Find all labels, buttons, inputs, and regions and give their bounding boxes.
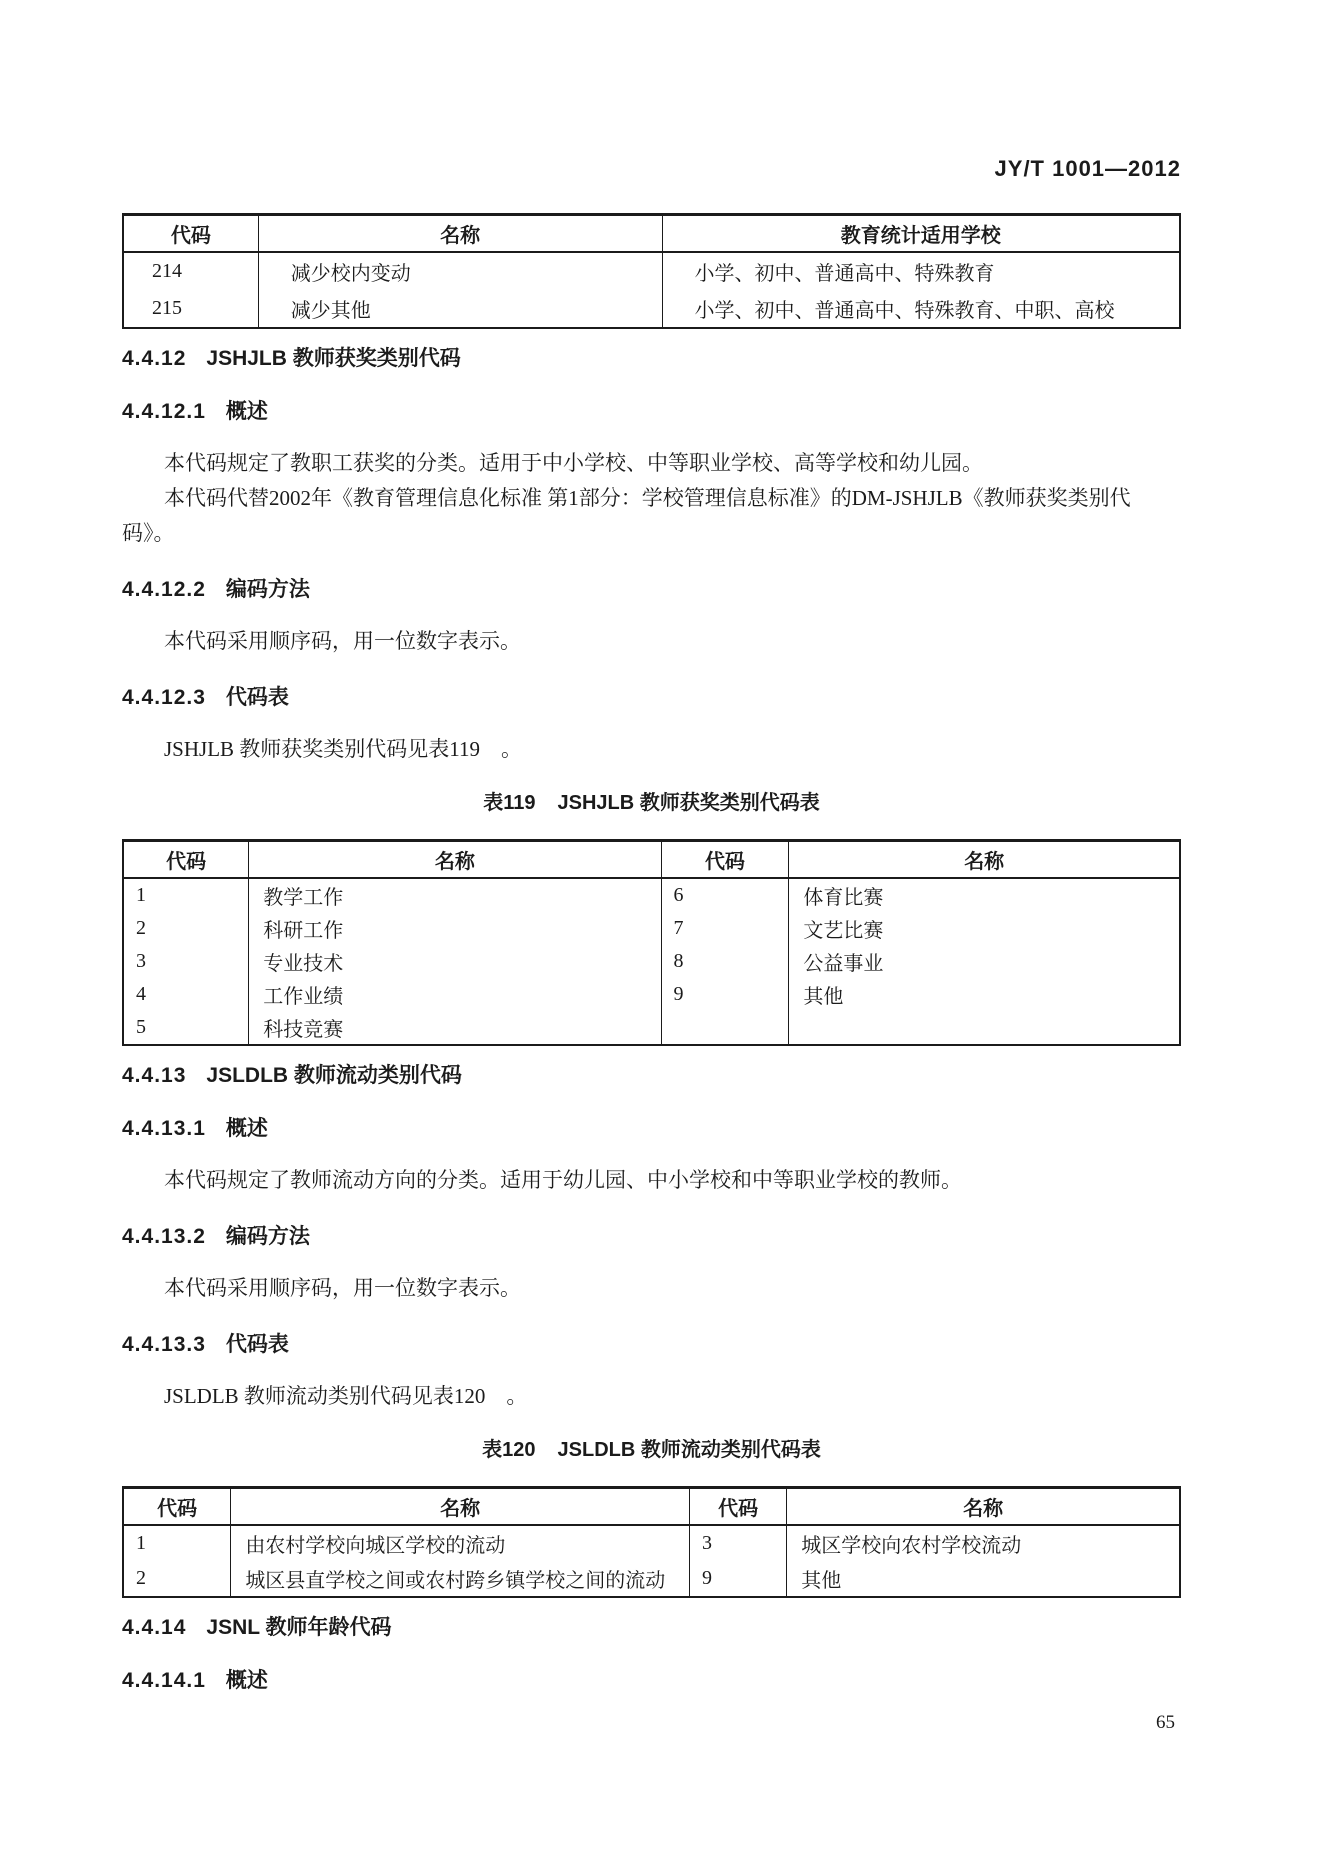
body-paragraph: 本代码采用顺序码，用一位数字表示。	[122, 624, 1181, 659]
code-cell: 9	[661, 978, 789, 1011]
name-cell: 由农村学校向城区学校的流动	[231, 1525, 690, 1561]
name-cell: 城区县直学校之间或农村跨乡镇学校之间的流动	[231, 1561, 690, 1597]
subsection-title: 概述	[226, 1117, 268, 1140]
table-row: 3 专业技术 8 公益事业	[123, 945, 1180, 978]
code-cell: 215	[123, 290, 258, 328]
subsection-title: 概述	[226, 1669, 268, 1692]
table-row: 1 教学工作 6 体育比赛	[123, 878, 1180, 912]
subsection-heading-4-4-12-2: 4.4.12.2编码方法	[122, 576, 1181, 604]
name-cell: 其他	[789, 978, 1180, 1011]
table-caption-title: JSHJLB 教师获奖类别代码表	[558, 792, 820, 814]
code-table-120: 代码 名称 代码 名称 1 由农村学校向城区学校的流动 3 城区学校向农村学校流…	[122, 1486, 1181, 1598]
section-heading-4-4-13: 4.4.13JSLDLB 教师流动类别代码	[122, 1062, 1181, 1090]
code-cell: 7	[661, 912, 789, 945]
standard-number: JY/T 1001—2012	[122, 156, 1181, 182]
subsection-heading-4-4-14-1: 4.4.14.1概述	[122, 1667, 1181, 1695]
code-cell: 4	[123, 978, 249, 1011]
column-header-name: 名称	[789, 841, 1180, 879]
body-paragraph: JSHJLB 教师获奖类别代码见表119 。	[122, 732, 1181, 767]
table-row: 215 减少其他 小学、初中、普通高中、特殊教育、中职、高校	[123, 290, 1180, 328]
code-cell: 8	[661, 945, 789, 978]
table-caption-number: 表120	[482, 1439, 535, 1461]
table-caption-number: 表119	[483, 792, 535, 814]
column-header-name: 名称	[231, 1488, 690, 1526]
table-row: 2 科研工作 7 文艺比赛	[123, 912, 1180, 945]
column-header-schools: 教育统计适用学校	[662, 215, 1180, 253]
subsection-title: 概述	[226, 400, 268, 423]
subsection-title: 代码表	[226, 1333, 289, 1356]
section-number: 4.4.12	[122, 347, 186, 370]
column-header-code: 代码	[123, 841, 249, 879]
table-caption-title: JSLDLB 教师流动类别代码表	[558, 1439, 821, 1461]
page-content: JY/T 1001—2012 代码 名称 教育统计适用学校 214 减少校内变动…	[0, 0, 1323, 1695]
code-cell: 3	[690, 1525, 787, 1561]
name-cell	[789, 1011, 1180, 1045]
table-header-row: 代码 名称 代码 名称	[123, 1488, 1180, 1526]
code-cell: 1	[123, 878, 249, 912]
name-cell: 其他	[787, 1561, 1180, 1597]
subsection-heading-4-4-13-2: 4.4.13.2编码方法	[122, 1223, 1181, 1251]
schools-cell: 小学、初中、普通高中、特殊教育	[662, 252, 1180, 290]
body-paragraph: JSLDLB 教师流动类别代码见表120 。	[122, 1379, 1181, 1414]
section-heading-4-4-12: 4.4.12JSHJLB 教师获奖类别代码	[122, 345, 1181, 373]
body-paragraph: 本代码规定了教职工获奖的分类。适用于中小学校、中等职业学校、高等学校和幼儿园。	[122, 446, 1181, 481]
name-cell: 专业技术	[249, 945, 661, 978]
column-header-name: 名称	[249, 841, 661, 879]
section-number: 4.4.13	[122, 1064, 186, 1087]
table-header-row: 代码 名称 代码 名称	[123, 841, 1180, 879]
code-cell: 214	[123, 252, 258, 290]
body-paragraph: 本代码代替2002年《教育管理信息化标准 第1部分：学校管理信息标准》的DM-J…	[122, 481, 1181, 551]
name-cell: 科技竞赛	[249, 1011, 661, 1045]
column-header-code: 代码	[123, 1488, 231, 1526]
page-number: 65	[1156, 1712, 1175, 1734]
code-cell	[661, 1011, 789, 1045]
table-header-row: 代码 名称 教育统计适用学校	[123, 215, 1180, 253]
body-paragraph: 本代码采用顺序码，用一位数字表示。	[122, 1271, 1181, 1306]
subsection-heading-4-4-12-3: 4.4.12.3代码表	[122, 684, 1181, 712]
subsection-title: 代码表	[226, 686, 289, 709]
subsection-title: 编码方法	[226, 1225, 310, 1248]
code-table-119: 代码 名称 代码 名称 1 教学工作 6 体育比赛 2 科研工作 7 文艺比赛	[122, 839, 1181, 1046]
column-header-code: 代码	[690, 1488, 787, 1526]
subsection-title: 编码方法	[226, 578, 310, 601]
section-heading-4-4-14: 4.4.14JSNL 教师年龄代码	[122, 1614, 1181, 1642]
name-cell: 文艺比赛	[789, 912, 1180, 945]
name-cell: 减少校内变动	[258, 252, 662, 290]
subsection-number: 4.4.13.2	[122, 1225, 206, 1248]
name-cell: 减少其他	[258, 290, 662, 328]
name-cell: 教学工作	[249, 878, 661, 912]
table-120-caption: 表120JSLDLB 教师流动类别代码表	[122, 1436, 1181, 1464]
code-cell: 6	[661, 878, 789, 912]
section-number: 4.4.14	[122, 1616, 186, 1639]
table-row: 2 城区县直学校之间或农村跨乡镇学校之间的流动 9 其他	[123, 1561, 1180, 1597]
subsection-heading-4-4-13-3: 4.4.13.3代码表	[122, 1331, 1181, 1359]
column-header-name: 名称	[258, 215, 662, 253]
column-header-code: 代码	[123, 215, 258, 253]
code-cell: 9	[690, 1561, 787, 1597]
name-cell: 城区学校向农村学校流动	[787, 1525, 1180, 1561]
column-header-name: 名称	[787, 1488, 1180, 1526]
section-title: JSNL 教师年龄代码	[206, 1616, 391, 1639]
code-cell: 1	[123, 1525, 231, 1561]
subsection-heading-4-4-12-1: 4.4.12.1概述	[122, 398, 1181, 426]
table-row: 5 科技竞赛	[123, 1011, 1180, 1045]
column-header-code: 代码	[661, 841, 789, 879]
name-cell: 工作业绩	[249, 978, 661, 1011]
section-title: JSLDLB 教师流动类别代码	[206, 1064, 462, 1087]
name-cell: 科研工作	[249, 912, 661, 945]
subsection-number: 4.4.12.3	[122, 686, 206, 709]
schools-cell: 小学、初中、普通高中、特殊教育、中职、高校	[662, 290, 1180, 328]
document-page: JY/T 1001—2012 代码 名称 教育统计适用学校 214 减少校内变动…	[0, 0, 1323, 1871]
subsection-number: 4.4.12.1	[122, 400, 206, 423]
section-title: JSHJLB 教师获奖类别代码	[206, 347, 460, 370]
continued-code-table: 代码 名称 教育统计适用学校 214 减少校内变动 小学、初中、普通高中、特殊教…	[122, 213, 1181, 329]
table-row: 1 由农村学校向城区学校的流动 3 城区学校向农村学校流动	[123, 1525, 1180, 1561]
table-119-caption: 表119JSHJLB 教师获奖类别代码表	[122, 789, 1181, 817]
table-row: 214 减少校内变动 小学、初中、普通高中、特殊教育	[123, 252, 1180, 290]
subsection-number: 4.4.13.1	[122, 1117, 206, 1140]
body-paragraph: 本代码规定了教师流动方向的分类。适用于幼儿园、中小学校和中等职业学校的教师。	[122, 1163, 1181, 1198]
code-cell: 2	[123, 912, 249, 945]
subsection-number: 4.4.13.3	[122, 1333, 206, 1356]
name-cell: 公益事业	[789, 945, 1180, 978]
subsection-number: 4.4.14.1	[122, 1669, 206, 1692]
table-row: 4 工作业绩 9 其他	[123, 978, 1180, 1011]
subsection-number: 4.4.12.2	[122, 578, 206, 601]
code-cell: 3	[123, 945, 249, 978]
name-cell: 体育比赛	[789, 878, 1180, 912]
code-cell: 2	[123, 1561, 231, 1597]
code-cell: 5	[123, 1011, 249, 1045]
subsection-heading-4-4-13-1: 4.4.13.1概述	[122, 1115, 1181, 1143]
